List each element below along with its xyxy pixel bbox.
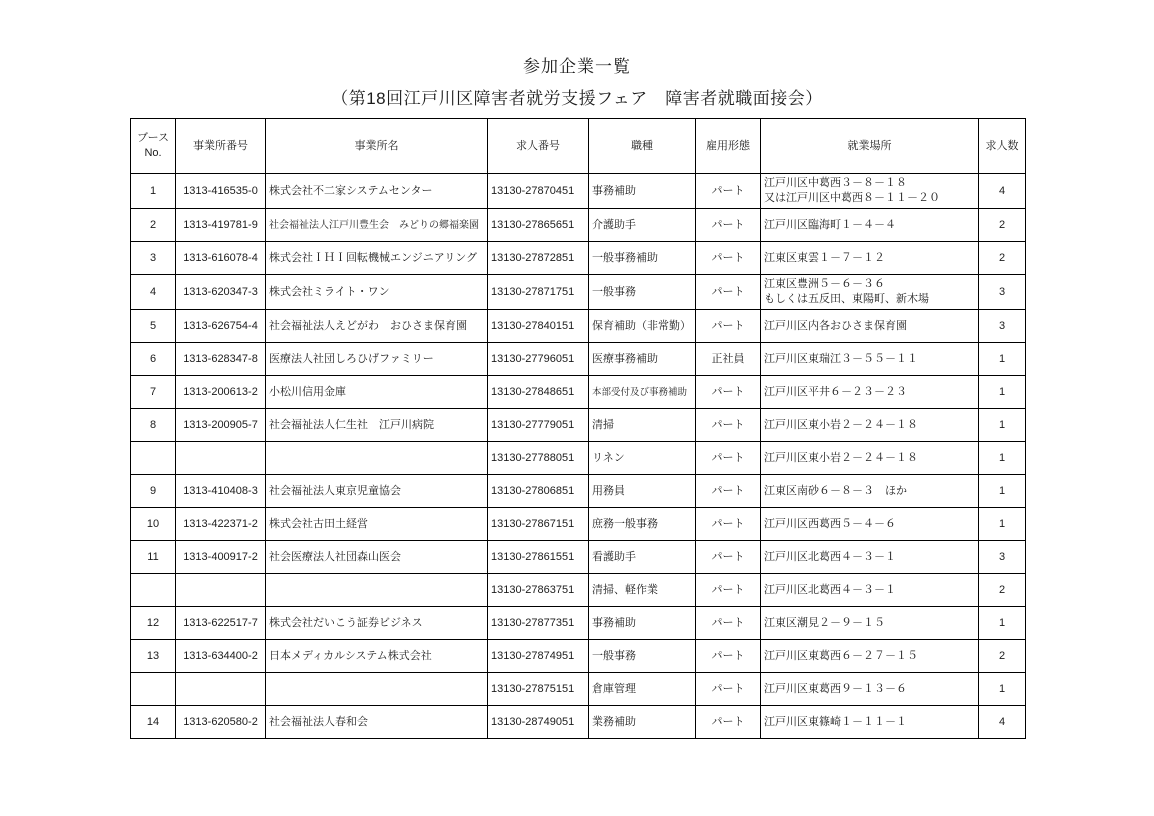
- cell-job_number: 13130-27872851: [488, 242, 589, 275]
- cell-openings: 4: [979, 174, 1026, 209]
- cell-office_name: 社会福祉法人江戸川豊生会 みどりの郷福楽園: [266, 209, 488, 242]
- cell-work_location: 江戸川区平井６－２３－２３: [761, 376, 979, 409]
- cell-text: 江戸川区平井６－２３－２３: [764, 385, 907, 400]
- cell-job_number: 13130-27877351: [488, 607, 589, 640]
- table-header-row: ブース No.事業所番号事業所名求人番号職種雇用形態就業場所求人数: [131, 119, 1026, 174]
- cell-text: パート: [712, 715, 745, 730]
- cell-booth: 13: [131, 640, 176, 673]
- table-row: 41313-620347-3株式会社ミライト・ワン13130-27871751一…: [131, 275, 1026, 310]
- cell-text: 1313-634400-2: [183, 649, 258, 664]
- cell-text: 14: [147, 715, 159, 730]
- cell-work_location: 江戸川区北葛西４－３－１: [761, 574, 979, 607]
- cell-openings: 1: [979, 475, 1026, 508]
- cell-text: 13130-27848651: [491, 385, 574, 400]
- cell-text: 7: [150, 385, 156, 400]
- cell-office_name: 社会福祉法人仁生社 江戸川病院: [266, 409, 488, 442]
- cell-text: パート: [712, 583, 745, 598]
- cell-office_number: 1313-419781-9: [176, 209, 266, 242]
- table-row: 131313-634400-2日本メディカルシステム株式会社13130-2787…: [131, 640, 1026, 673]
- cell-job_type: 用務員: [589, 475, 696, 508]
- cell-text: 江戸川区東小岩２－２４－１８: [764, 418, 918, 433]
- cell-office_name: 社会福祉法人春和会: [266, 706, 488, 739]
- cell-text: 10: [147, 517, 159, 532]
- cell-employment_type: パート: [696, 574, 761, 607]
- cell-text: 一般事務補助: [592, 251, 658, 266]
- column-header-employment_type: 雇用形態: [696, 119, 761, 174]
- cell-job_type: 事務補助: [589, 607, 696, 640]
- cell-text: 3: [999, 285, 1005, 300]
- cell-text: 社会福祉法人春和会: [269, 715, 368, 730]
- cell-text: 3: [999, 550, 1005, 565]
- column-header-job_type: 職種: [589, 119, 696, 174]
- cell-booth: 9: [131, 475, 176, 508]
- cell-text: 江東区東雲１－７－１２: [764, 251, 885, 266]
- cell-text: パート: [712, 418, 745, 433]
- cell-office_name: 株式会社だいこう証券ビジネス: [266, 607, 488, 640]
- table-row: 13130-27875151倉庫管理パート江戸川区東葛西９－１３－６1: [131, 673, 1026, 706]
- table-row: 91313-410408-3社会福祉法人東京児童協会13130-27806851…: [131, 475, 1026, 508]
- cell-text: 2: [999, 218, 1005, 233]
- cell-text: 13130-27861551: [491, 550, 574, 565]
- cell-office_name: [266, 574, 488, 607]
- cell-text: 13130-27863751: [491, 583, 574, 598]
- cell-text: 1313-416535-0: [183, 184, 258, 199]
- cell-booth: 11: [131, 541, 176, 574]
- cell-openings: 2: [979, 640, 1026, 673]
- cell-job_type: 介護助手: [589, 209, 696, 242]
- column-header-office_name: 事業所名: [266, 119, 488, 174]
- table-row: 141313-620580-2社会福祉法人春和会13130-28749051業務…: [131, 706, 1026, 739]
- cell-text: 江東区南砂６－８－３ ほか: [764, 484, 907, 499]
- cell-text: 13130-27877351: [491, 616, 574, 631]
- cell-booth: 5: [131, 310, 176, 343]
- cell-text: 1: [999, 682, 1005, 697]
- cell-text: 医療事務補助: [592, 352, 658, 367]
- cell-text: 13130-27875151: [491, 682, 574, 697]
- cell-text: パート: [712, 319, 745, 334]
- cell-job_number: 13130-27865651: [488, 209, 589, 242]
- cell-employment_type: パート: [696, 376, 761, 409]
- cell-employment_type: パート: [696, 673, 761, 706]
- cell-text: 江東区潮見２－９－１５: [764, 616, 885, 631]
- cell-text: 1313-616078-4: [183, 251, 258, 266]
- cell-text: 清掃、軽作業: [592, 583, 658, 598]
- cell-job_type: 一般事務補助: [589, 242, 696, 275]
- cell-text: 11: [147, 550, 158, 565]
- cell-employment_type: パート: [696, 475, 761, 508]
- cell-text: 1313-400917-2: [183, 550, 258, 565]
- cell-office_number: 1313-622517-7: [176, 607, 266, 640]
- cell-work_location: 江戸川区臨海町１－４－４: [761, 209, 979, 242]
- cell-office_name: 株式会社ＩＨＩ回転機械エンジニアリング: [266, 242, 488, 275]
- cell-text: 本部受付及び事務補助: [592, 385, 687, 400]
- cell-openings: 2: [979, 209, 1026, 242]
- cell-text: パート: [712, 649, 745, 664]
- cell-work_location: 江戸川区東葛西６－２７－１５: [761, 640, 979, 673]
- cell-text: 倉庫管理: [592, 682, 636, 697]
- table-row: 81313-200905-7社会福祉法人仁生社 江戸川病院13130-27779…: [131, 409, 1026, 442]
- cell-text: 社会福祉法人えどがわ おひさま保育園: [269, 319, 467, 334]
- cell-booth: 12: [131, 607, 176, 640]
- cell-job_type: 倉庫管理: [589, 673, 696, 706]
- cell-office_name: 社会福祉法人えどがわ おひさま保育園: [266, 310, 488, 343]
- cell-job_number: 13130-27874951: [488, 640, 589, 673]
- cell-employment_type: パート: [696, 541, 761, 574]
- cell-job_type: 事務補助: [589, 174, 696, 209]
- cell-text: 1: [999, 418, 1005, 433]
- cell-text: パート: [712, 285, 745, 300]
- cell-office_name: 株式会社古田土経営: [266, 508, 488, 541]
- cell-text: 1313-626754-4: [183, 319, 258, 334]
- cell-openings: 3: [979, 541, 1026, 574]
- cell-text: パート: [712, 385, 745, 400]
- cell-office_number: 1313-200613-2: [176, 376, 266, 409]
- table-row: 21313-419781-9社会福祉法人江戸川豊生会 みどりの郷福楽園13130…: [131, 209, 1026, 242]
- cell-text: 9: [150, 484, 156, 499]
- cell-text: 事務補助: [592, 184, 636, 199]
- document-page: 参加企業一覧 （第18回江戸川区障害者就労支援フェア 障害者就職面接会） ブース…: [0, 0, 1154, 816]
- cell-office_number: 1313-200905-7: [176, 409, 266, 442]
- cell-office_number: [176, 442, 266, 475]
- cell-employment_type: パート: [696, 409, 761, 442]
- cell-work_location: 江戸川区東瑞江３－５５－１１: [761, 343, 979, 376]
- cell-job_type: 清掃、軽作業: [589, 574, 696, 607]
- cell-text: 1313-410408-3: [183, 484, 258, 499]
- cell-text: 1313-620580-2: [183, 715, 258, 730]
- cell-text: リネン: [592, 451, 625, 466]
- column-header-office_number: 事業所番号: [176, 119, 266, 174]
- cell-job_type: 庶務一般事務: [589, 508, 696, 541]
- cell-text: 2: [999, 251, 1005, 266]
- cell-employment_type: パート: [696, 607, 761, 640]
- table-body: 11313-416535-0株式会社不二家システムセンター13130-27870…: [131, 174, 1026, 739]
- cell-employment_type: パート: [696, 242, 761, 275]
- cell-employment_type: パート: [696, 310, 761, 343]
- cell-work_location: 江戸川区東小岩２－２４－１８: [761, 442, 979, 475]
- column-header-job_number: 求人番号: [488, 119, 589, 174]
- cell-employment_type: パート: [696, 706, 761, 739]
- cell-text: パート: [712, 184, 745, 199]
- cell-work_location: 江東区豊洲５－６－３６ もしくは五反田、東陽町、新木場: [761, 275, 979, 310]
- cell-office_number: 1313-620347-3: [176, 275, 266, 310]
- cell-text: 13130-27867151: [491, 517, 574, 532]
- cell-openings: 1: [979, 673, 1026, 706]
- cell-employment_type: パート: [696, 508, 761, 541]
- cell-job_number: 13130-27875151: [488, 673, 589, 706]
- cell-text: 小松川信用金庫: [269, 385, 346, 400]
- cell-job_type: 看護助手: [589, 541, 696, 574]
- cell-openings: 1: [979, 409, 1026, 442]
- cell-office_number: 1313-400917-2: [176, 541, 266, 574]
- cell-text: 1: [999, 517, 1005, 532]
- cell-openings: 3: [979, 275, 1026, 310]
- column-header-label: 職種: [631, 139, 653, 154]
- cell-office_name: 株式会社不二家システムセンター: [266, 174, 488, 209]
- cell-text: 江戸川区北葛西４－３－１: [764, 583, 896, 598]
- cell-office_number: 1313-620580-2: [176, 706, 266, 739]
- cell-text: 13130-27788051: [491, 451, 574, 466]
- cell-text: 13130-27779051: [491, 418, 574, 433]
- column-header-label: 事業所名: [355, 139, 399, 154]
- cell-text: 1313-200905-7: [183, 418, 258, 433]
- cell-employment_type: パート: [696, 275, 761, 310]
- column-header-label: 求人数: [986, 139, 1019, 154]
- cell-job_number: 13130-27796051: [488, 343, 589, 376]
- cell-text: 4: [999, 715, 1005, 730]
- cell-office_number: [176, 574, 266, 607]
- cell-text: 8: [150, 418, 156, 433]
- cell-text: パート: [712, 484, 745, 499]
- cell-work_location: 江東区南砂６－８－３ ほか: [761, 475, 979, 508]
- cell-employment_type: パート: [696, 640, 761, 673]
- cell-text: 清掃: [592, 418, 614, 433]
- cell-text: 1313-622517-7: [183, 616, 258, 631]
- cell-job_type: 本部受付及び事務補助: [589, 376, 696, 409]
- cell-text: パート: [712, 218, 745, 233]
- cell-work_location: 江戸川区中葛西３－８－１８ 又は江戸川区中葛西８－１１－２０: [761, 174, 979, 209]
- cell-text: 江戸川区東小岩２－２４－１８: [764, 451, 918, 466]
- cell-text: 1: [999, 352, 1005, 367]
- cell-job_number: 13130-27870451: [488, 174, 589, 209]
- cell-openings: 1: [979, 442, 1026, 475]
- cell-text: 株式会社古田土経営: [269, 517, 368, 532]
- cell-text: 介護助手: [592, 218, 636, 233]
- cell-booth: [131, 673, 176, 706]
- cell-text: パート: [712, 616, 745, 631]
- cell-text: 1313-200613-2: [183, 385, 258, 400]
- table-row: 121313-622517-7株式会社だいこう証券ビジネス13130-27877…: [131, 607, 1026, 640]
- cell-openings: 1: [979, 343, 1026, 376]
- cell-job_number: 13130-28749051: [488, 706, 589, 739]
- cell-text: 江東区豊洲５－６－３６ もしくは五反田、東陽町、新木場: [764, 277, 929, 307]
- cell-text: 13130-27865651: [491, 218, 574, 233]
- cell-text: 保育補助（非常勤）: [592, 319, 691, 334]
- cell-text: 3: [999, 319, 1005, 334]
- cell-text: 6: [150, 352, 156, 367]
- cell-office_number: 1313-410408-3: [176, 475, 266, 508]
- cell-text: 業務補助: [592, 715, 636, 730]
- cell-booth: 2: [131, 209, 176, 242]
- cell-text: 江戸川区北葛西４－３－１: [764, 550, 896, 565]
- cell-text: 社会福祉法人東京児童協会: [269, 484, 401, 499]
- cell-office_number: 1313-422371-2: [176, 508, 266, 541]
- cell-openings: 1: [979, 376, 1026, 409]
- cell-text: 1: [999, 385, 1005, 400]
- cell-booth: 3: [131, 242, 176, 275]
- cell-office_name: 社会福祉法人東京児童協会: [266, 475, 488, 508]
- cell-booth: 7: [131, 376, 176, 409]
- cell-office_name: 株式会社ミライト・ワン: [266, 275, 488, 310]
- cell-text: 株式会社ＩＨＩ回転機械エンジニアリング: [269, 251, 477, 266]
- cell-text: 江戸川区東篠崎１－１１－１: [764, 715, 907, 730]
- cell-text: 1: [999, 484, 1005, 499]
- cell-text: 江戸川区東葛西９－１３－６: [764, 682, 907, 697]
- cell-booth: 4: [131, 275, 176, 310]
- cell-text: パート: [712, 251, 745, 266]
- cell-text: 社会福祉法人仁生社 江戸川病院: [269, 418, 434, 433]
- cell-job_type: 医療事務補助: [589, 343, 696, 376]
- cell-text: 正社員: [712, 352, 745, 367]
- cell-booth: 10: [131, 508, 176, 541]
- cell-text: 13130-27806851: [491, 484, 574, 499]
- cell-openings: 3: [979, 310, 1026, 343]
- cell-text: 5: [150, 319, 156, 334]
- cell-text: パート: [712, 682, 745, 697]
- cell-text: 江戸川区東瑞江３－５５－１１: [764, 352, 918, 367]
- cell-work_location: 江戸川区内各おひさま保育園: [761, 310, 979, 343]
- cell-text: 社会福祉法人江戸川豊生会 みどりの郷福楽園: [269, 218, 479, 233]
- cell-booth: 8: [131, 409, 176, 442]
- cell-text: 社会医療法人社団森山医会: [269, 550, 401, 565]
- cell-text: パート: [712, 451, 745, 466]
- cell-office_name: [266, 442, 488, 475]
- cell-work_location: 江戸川区東篠崎１－１１－１: [761, 706, 979, 739]
- cell-text: 1313-620347-3: [183, 285, 258, 300]
- cell-job_type: 一般事務: [589, 640, 696, 673]
- cell-job_type: 一般事務: [589, 275, 696, 310]
- cell-openings: 1: [979, 508, 1026, 541]
- cell-text: 看護助手: [592, 550, 636, 565]
- cell-job_number: 13130-27806851: [488, 475, 589, 508]
- cell-text: 4: [150, 285, 156, 300]
- table-row: 111313-400917-2社会医療法人社団森山医会13130-2786155…: [131, 541, 1026, 574]
- table-row: 71313-200613-2小松川信用金庫13130-27848651本部受付及…: [131, 376, 1026, 409]
- companies-table: ブース No.事業所番号事業所名求人番号職種雇用形態就業場所求人数 11313-…: [130, 118, 1026, 739]
- cell-work_location: 江戸川区北葛西４－３－１: [761, 541, 979, 574]
- table-row: 13130-27788051リネンパート江戸川区東小岩２－２４－１８1: [131, 442, 1026, 475]
- cell-text: 株式会社不二家システムセンター: [269, 184, 432, 199]
- cell-job_number: 13130-27861551: [488, 541, 589, 574]
- cell-text: 日本メディカルシステム株式会社: [269, 649, 432, 664]
- cell-openings: 2: [979, 574, 1026, 607]
- cell-text: 庶務一般事務: [592, 517, 658, 532]
- cell-text: 一般事務: [592, 285, 636, 300]
- cell-text: 1313-419781-9: [183, 218, 258, 233]
- cell-text: 2: [150, 218, 156, 233]
- cell-text: 13130-27840151: [491, 319, 574, 334]
- column-header-label: 雇用形態: [706, 139, 750, 154]
- cell-booth: [131, 442, 176, 475]
- cell-work_location: 江戸川区西葛西５－４－６: [761, 508, 979, 541]
- table-row: 101313-422371-2株式会社古田土経営13130-27867151庶務…: [131, 508, 1026, 541]
- cell-job_number: 13130-27788051: [488, 442, 589, 475]
- cell-text: 13130-27871751: [491, 285, 574, 300]
- cell-office_number: 1313-616078-4: [176, 242, 266, 275]
- cell-job_type: リネン: [589, 442, 696, 475]
- cell-work_location: 江東区潮見２－９－１５: [761, 607, 979, 640]
- table-row: 61313-628347-8医療法人社団しろひげファミリー13130-27796…: [131, 343, 1026, 376]
- cell-openings: 4: [979, 706, 1026, 739]
- cell-booth: 1: [131, 174, 176, 209]
- cell-text: パート: [712, 550, 745, 565]
- cell-booth: [131, 574, 176, 607]
- cell-office_number: 1313-626754-4: [176, 310, 266, 343]
- cell-text: 1: [999, 451, 1005, 466]
- cell-text: 13130-27874951: [491, 649, 574, 664]
- column-header-booth: ブース No.: [131, 119, 176, 174]
- table-row: 31313-616078-4株式会社ＩＨＩ回転機械エンジニアリング13130-2…: [131, 242, 1026, 275]
- cell-text: 13130-27870451: [491, 184, 574, 199]
- cell-employment_type: パート: [696, 442, 761, 475]
- cell-office_number: 1313-416535-0: [176, 174, 266, 209]
- cell-office_name: 社会医療法人社団森山医会: [266, 541, 488, 574]
- cell-employment_type: パート: [696, 174, 761, 209]
- cell-text: 13130-27872851: [491, 251, 574, 266]
- column-header-label: 事業所番号: [193, 139, 248, 154]
- cell-text: 2: [999, 649, 1005, 664]
- cell-text: 株式会社ミライト・ワン: [269, 285, 390, 300]
- column-header-label: 就業場所: [848, 139, 892, 154]
- cell-text: 1: [150, 184, 156, 199]
- cell-text: 1: [999, 616, 1005, 631]
- cell-text: 株式会社だいこう証券ビジネス: [269, 616, 423, 631]
- column-header-label: ブース No.: [137, 131, 169, 161]
- cell-text: 13130-27796051: [491, 352, 574, 367]
- page-title: 参加企業一覧: [0, 52, 1154, 77]
- cell-text: 江戸川区内各おひさま保育園: [764, 319, 907, 334]
- cell-text: 江戸川区臨海町１－４－４: [764, 218, 896, 233]
- cell-text: 2: [999, 583, 1005, 598]
- table-row: 51313-626754-4社会福祉法人えどがわ おひさま保育園13130-27…: [131, 310, 1026, 343]
- cell-text: 3: [150, 251, 156, 266]
- column-header-openings: 求人数: [979, 119, 1026, 174]
- page-subtitle: （第18回江戸川区障害者就労支援フェア 障害者就職面接会）: [0, 84, 1154, 109]
- cell-text: 13: [147, 649, 159, 664]
- cell-job_number: 13130-27840151: [488, 310, 589, 343]
- table-header: ブース No.事業所番号事業所名求人番号職種雇用形態就業場所求人数: [131, 119, 1026, 174]
- cell-text: 用務員: [592, 484, 625, 499]
- cell-office_number: 1313-628347-8: [176, 343, 266, 376]
- cell-text: 12: [147, 616, 159, 631]
- cell-work_location: 江東区東雲１－７－１２: [761, 242, 979, 275]
- cell-text: 1313-422371-2: [183, 517, 258, 532]
- cell-openings: 2: [979, 242, 1026, 275]
- cell-job_number: 13130-27779051: [488, 409, 589, 442]
- cell-work_location: 江戸川区東葛西９－１３－６: [761, 673, 979, 706]
- cell-booth: 14: [131, 706, 176, 739]
- cell-job_type: 清掃: [589, 409, 696, 442]
- cell-employment_type: 正社員: [696, 343, 761, 376]
- cell-work_location: 江戸川区東小岩２－２４－１８: [761, 409, 979, 442]
- cell-job_number: 13130-27848651: [488, 376, 589, 409]
- cell-text: 江戸川区中葛西３－８－１８ 又は江戸川区中葛西８－１１－２０: [764, 176, 940, 206]
- cell-text: 4: [999, 184, 1005, 199]
- cell-office_number: 1313-634400-2: [176, 640, 266, 673]
- cell-job_type: 保育補助（非常勤）: [589, 310, 696, 343]
- cell-job_number: 13130-27871751: [488, 275, 589, 310]
- cell-job_number: 13130-27867151: [488, 508, 589, 541]
- cell-office_number: [176, 673, 266, 706]
- cell-text: 1313-628347-8: [183, 352, 258, 367]
- cell-office_name: 医療法人社団しろひげファミリー: [266, 343, 488, 376]
- cell-employment_type: パート: [696, 209, 761, 242]
- cell-text: 医療法人社団しろひげファミリー: [269, 352, 434, 367]
- cell-office_name: 日本メディカルシステム株式会社: [266, 640, 488, 673]
- cell-text: 事務補助: [592, 616, 636, 631]
- table-row: 13130-27863751清掃、軽作業パート江戸川区北葛西４－３－１2: [131, 574, 1026, 607]
- table-row: 11313-416535-0株式会社不二家システムセンター13130-27870…: [131, 174, 1026, 209]
- cell-office_name: 小松川信用金庫: [266, 376, 488, 409]
- cell-text: 一般事務: [592, 649, 636, 664]
- cell-booth: 6: [131, 343, 176, 376]
- column-header-work_location: 就業場所: [761, 119, 979, 174]
- cell-job_number: 13130-27863751: [488, 574, 589, 607]
- cell-text: 江戸川区西葛西５－４－６: [764, 517, 896, 532]
- column-header-label: 求人番号: [516, 139, 560, 154]
- cell-text: パート: [712, 517, 745, 532]
- cell-text: 江戸川区東葛西６－２７－１５: [764, 649, 918, 664]
- cell-text: 13130-28749051: [491, 715, 574, 730]
